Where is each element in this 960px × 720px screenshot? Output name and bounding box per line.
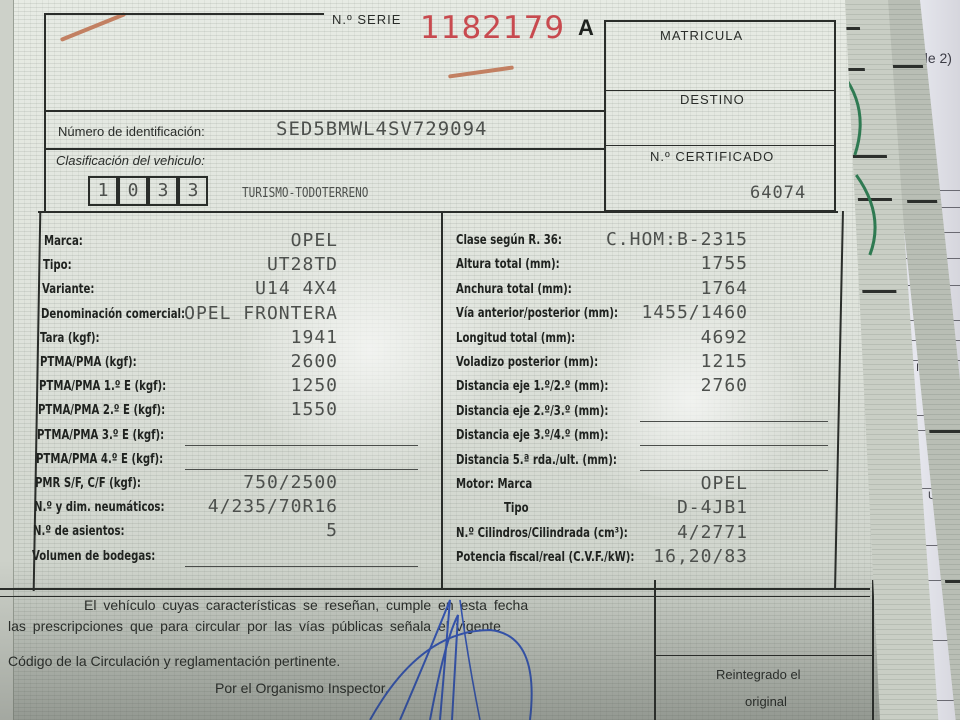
field-label: Altura total (mm): [456,257,560,272]
field-value: 4692 [701,327,748,348]
field-label: PTMA/PMA 4.º E (kgf): [36,452,163,467]
footer-statement-line: Código de la Circulación y reglamentació… [8,653,340,669]
field-label: Clase según R. 36: [456,233,562,248]
field-value: 2760 [701,375,748,396]
field-label: PTMA/PMA 1.º E (kgf): [39,379,166,394]
field-label: Tipo: [43,258,72,273]
field-value: 1215 [701,351,748,372]
classification-digit: 3 [148,176,178,206]
field-value: 5 [326,520,338,541]
field-label: Distancia eje 3.º/4.º (mm): [456,428,608,443]
serie-suffix: A [578,15,594,41]
field-label: Volumen de bodegas: [32,549,155,564]
clasificacion-label: Clasificación del vehiculo: [56,153,205,168]
field-label: Distancia eje 1.º/2.º (mm): [456,379,608,394]
field-label: Vía anterior/posterior (mm): [456,306,618,321]
field-label: Potencia fiscal/real (C.V.F./kW): [456,550,634,565]
clasificacion-text: TURISMO-TODOTERRENO [242,186,368,201]
staple-icon [448,65,514,78]
vehicle-technical-card: N.º SERIE 1182179 A MATRICULA DESTINO N.… [0,0,880,720]
certificado-value: 64074 [750,183,806,203]
vin-label: Número de identificación: [58,124,205,139]
classification-digit: 0 [118,176,148,206]
field-value: OPEL FRONTERA [184,303,338,324]
field-value: 4/2771 [677,522,748,543]
field-value: OPEL [701,473,748,494]
field-label: Distancia eje 2.º/3.º (mm): [456,404,608,419]
field-label: Variante: [42,282,94,297]
field-value: 4/235/70R16 [208,496,338,517]
field-label: Distancia 5.ª rda./ult. (mm): [456,453,617,468]
vin-value: SED5BMWL4SV729094 [276,118,487,140]
certificado-label: N.º CERTIFICADO [650,149,774,164]
blank-field-line [640,445,828,446]
reintegrado-label: original [745,694,787,709]
footer-statement-line: las prescripciones que para circular por… [8,618,501,634]
field-label: Tara (kgf): [40,331,100,346]
field-label: N.º y dim. neumáticos: [34,500,165,515]
matricula-label: MATRICULA [660,28,743,43]
field-label: N.º Cilindros/Cilindrada (cm³): [456,526,628,541]
field-value: 2600 [291,351,338,372]
field-value: 750/2500 [243,472,338,493]
field-label: Voladizo posterior (mm): [456,355,598,370]
staple-icon [60,12,126,42]
field-value: UT28TD [267,254,338,275]
field-label: Denominación comercial: [41,307,185,322]
classification-digit: 1 [88,176,118,206]
blank-field-line [185,566,418,567]
field-label: Longitud total (mm): [456,331,575,346]
blank-field-line [640,470,828,471]
field-value: 1455/1460 [641,302,748,323]
blank-field-line [185,445,418,446]
field-label: Motor: Marca [456,477,532,492]
field-label: PTMA/PMA 3.º E (kgf): [37,428,164,443]
serie-number: 1182179 [420,10,565,46]
blank-field-line [185,469,418,470]
signature-label: Por el Organismo Inspector, [215,680,389,696]
blank-field-line [640,421,828,422]
field-label: Anchura total (mm): [456,282,572,297]
footer-statement-line: El vehículo cuyas características se res… [84,597,528,613]
field-value: 1941 [291,327,338,348]
field-value: 1550 [291,399,338,420]
classification-digit: 3 [178,176,208,206]
field-label: PTMA/PMA 2.º E (kgf): [38,403,165,418]
field-label: PMR S/F, C/F (kgf): [35,476,141,491]
field-value: 1250 [291,375,338,396]
field-label: PTMA/PMA (kgf): [40,355,137,370]
field-label: Tipo [504,501,529,516]
field-value: OPEL [291,230,338,251]
field-label: Marca: [44,234,83,249]
reintegrado-label: Reintegrado el [716,667,801,682]
field-label: N.º de asientos: [33,524,125,539]
field-value: 1755 [701,253,748,274]
field-value: 1764 [701,278,748,299]
field-value: 16,20/83 [653,546,748,567]
serie-label: N.º SERIE [332,12,401,27]
field-value: C.HOM:B-2315 [606,229,748,250]
field-value: U14 4X4 [255,278,338,299]
field-value: D-4JB1 [677,497,748,518]
destino-label: DESTINO [680,92,745,107]
